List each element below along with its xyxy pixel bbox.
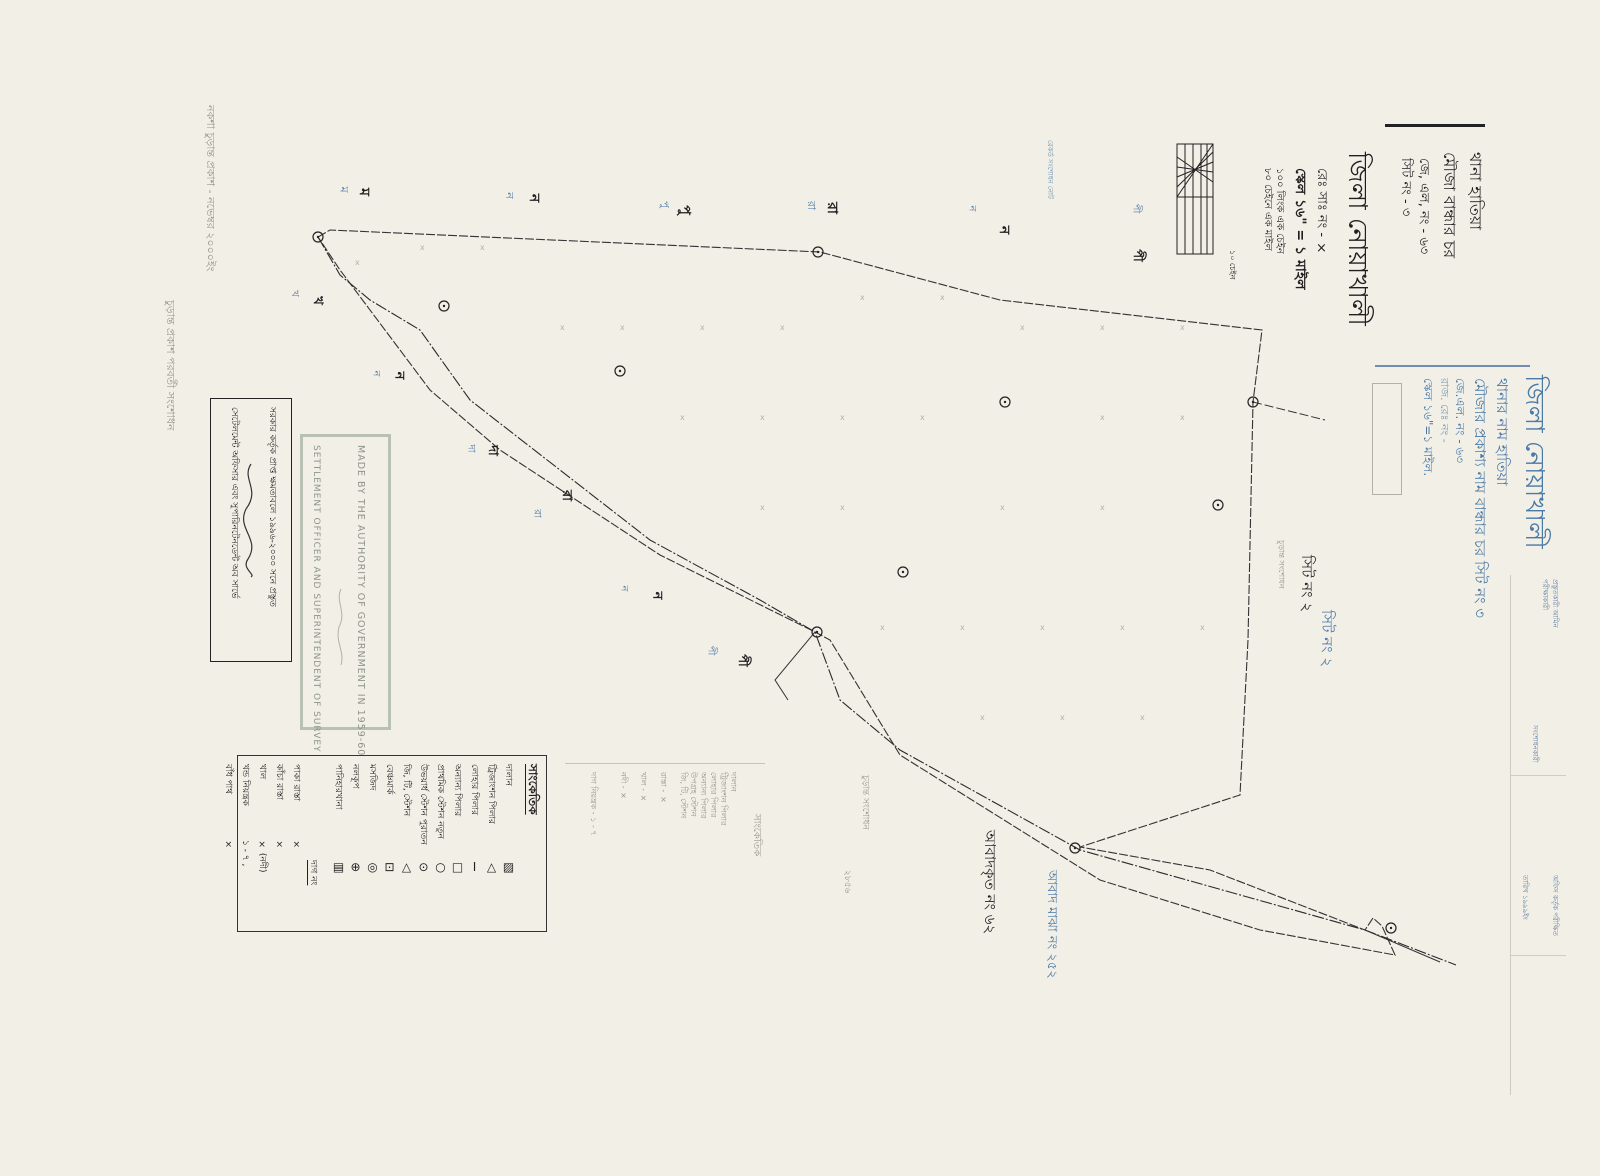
svg-text:x: x xyxy=(480,243,485,252)
map-letter-pi-2: পী xyxy=(731,654,752,667)
faded-legend-extra: রাস্তা - × xyxy=(657,772,670,804)
svg-text:x: x xyxy=(1100,503,1105,512)
svg-text:x: x xyxy=(760,413,765,422)
blue-stamp-jl-number: জে.এল. নং - ৬৩ xyxy=(1450,378,1470,463)
legend-box: সাংকেতিক দালান▨ ট্রিজাংশন পিলার△ লোহার প… xyxy=(237,755,547,932)
certification-strip: প্রস্তুতকারী আমিন পরীক্ষাকারী সংশোধনকারী… xyxy=(1510,575,1566,1095)
faded-legend-extra: নদী - × xyxy=(617,772,630,800)
svg-text:x: x xyxy=(840,503,845,512)
scale-note-2: ৮০ চেইনে এক মাইল xyxy=(1258,168,1275,251)
map-letter-ra-2: রা xyxy=(555,490,576,501)
svg-text:x: x xyxy=(860,293,865,302)
map-letter-na-blue: ন xyxy=(499,192,518,199)
svg-text:x: x xyxy=(780,323,785,332)
blue-stamp-scale: স্কেল ১৬"=১ মাইল. xyxy=(1418,378,1438,476)
pencil-note-sheet: চুড়ান্ত সংশোধন xyxy=(1275,540,1288,589)
legend-item: দালান▨ xyxy=(501,764,516,924)
svg-text:x: x xyxy=(560,323,565,332)
legend-item: পানিহারখানা▤ xyxy=(331,764,346,924)
map-letter-na-2-blue: ন xyxy=(962,206,979,212)
svg-text:x: x xyxy=(960,623,965,632)
map-letter-pi-2-blue: পী xyxy=(701,646,718,656)
svg-text:x: x xyxy=(880,623,885,632)
pencil-note-final-publication: নকশা চুড়ান্ত প্রকাশ - নভেম্বর ২০০০ইং xyxy=(200,105,219,271)
signature-icon xyxy=(236,459,266,579)
svg-text:x: x xyxy=(1140,713,1145,722)
survey-number: রেঃ সাঃ নং - × xyxy=(1310,168,1331,256)
sheet-label-black: সিট নং ২ xyxy=(1295,555,1320,612)
legend-sub-item: কাঁচা রাস্তা× xyxy=(272,764,287,924)
scale-text: স্কেল ১৬" = ১ মাইল xyxy=(1288,168,1312,290)
legend-item: অন্যান্য পিলার□ xyxy=(450,764,465,924)
map-letter-ma: ম xyxy=(352,188,376,196)
legend-sub-item: বাঁধ পাথ× xyxy=(221,764,236,924)
svg-text:x: x xyxy=(355,258,360,267)
legend-item: নলকূপ⊕ xyxy=(348,764,363,924)
svg-text:x: x xyxy=(1020,323,1025,332)
mouza-name: মৌজা বান্ধার চর xyxy=(1436,152,1463,258)
svg-text:x: x xyxy=(1200,623,1205,632)
svg-text:x: x xyxy=(980,713,985,722)
faded-legend: সাংকেতিক দালান ট্রিজাংশন পিলার লোহার পিল… xyxy=(565,763,765,934)
faded-legend-extra: খাল - × xyxy=(637,772,650,803)
map-letter-pu: পু xyxy=(673,205,697,215)
blue-correction-note: রেকর্ড সংশোধন নোট xyxy=(1045,140,1055,199)
legend-sub-item: পাকা রাস্তা× xyxy=(289,764,304,924)
pencil-note-post-publication: চুড়ান্ত প্রকাশ পরবর্তী সংশোধন xyxy=(160,300,179,431)
blue-stamp-mouza: মৌজার প্রকাশ্য নাম বান্ধার চর সিট নং ৩ xyxy=(1468,378,1493,618)
svg-text:x: x xyxy=(680,413,685,422)
legend-sub-item: খাল× (নদী) xyxy=(255,764,270,924)
map-letter-pi: পী xyxy=(1126,249,1147,262)
svg-text:x: x xyxy=(920,413,925,422)
svg-text:x: x xyxy=(1100,413,1105,422)
gov-stamp-line1: MADE BY THE AUTHORITY OF GOVERNMENT IN 1… xyxy=(355,445,366,756)
legend-item: প্রাথমিক স্টেশন নতুন○ xyxy=(433,764,448,924)
legend-item: ট্রিজাংশন পিলার△ xyxy=(484,764,499,924)
strip-column: তারিখ ১৯৯৯ইং xyxy=(1519,875,1531,920)
map-letter-kha-blue: খ xyxy=(285,290,302,297)
legend-item: মসজিদ◎ xyxy=(365,764,380,924)
thana-name: থানা হাতিয়া xyxy=(1462,152,1489,230)
svg-text:x: x xyxy=(840,413,845,422)
svg-text:x: x xyxy=(760,503,765,512)
svg-text:x: x xyxy=(940,293,945,302)
map-letter-da: দা xyxy=(481,445,502,456)
faded-legend-extra: দাগ নিয়ন্ত্রক - ১ - ৭ xyxy=(587,772,600,836)
legend-item: বেঞ্চমার্ক⊡ xyxy=(382,764,397,924)
gov-stamp-line2: SETTLEMENT OFFICER AND SUPERINTENDENT OF… xyxy=(311,445,321,753)
title-header-rule xyxy=(1385,124,1485,137)
map-letter-pu-blue: পু xyxy=(655,201,672,208)
strip-column: পরীক্ষাকারী xyxy=(1539,579,1551,610)
jl-number: জে, এল, নং - ৬৩ xyxy=(1412,158,1433,254)
map-letter-na-2: ন xyxy=(992,226,1016,234)
svg-text:x: x xyxy=(620,323,625,332)
svg-text:x: x xyxy=(1180,323,1185,332)
scale-bar-label: ১০ চেইন xyxy=(1226,250,1239,279)
svg-text:x: x xyxy=(1180,413,1185,422)
legend-item: উভয়ার্ধ স্টেশন পুরাতন⊙ xyxy=(416,764,431,924)
blue-stamp-scale-diagram xyxy=(1372,383,1402,495)
sheet-label-blue: সিট নং ২ xyxy=(1315,610,1340,667)
svg-text:x: x xyxy=(1060,713,1065,722)
map-letter-ra-2-blue: রা xyxy=(528,509,545,517)
blue-stamp-rule xyxy=(1375,365,1530,379)
pencil-note-mid: চুড়ান্ত সংশোধন xyxy=(858,775,873,830)
blue-stamp-thana: থানার নাম হাতিয়া xyxy=(1490,378,1515,486)
map-letter-na-3: ন xyxy=(387,372,408,380)
legend-sub-item: খন্ড নিয়ন্ত্রক১ - ৭ , xyxy=(238,764,253,924)
sheet-join-line xyxy=(1253,402,1325,420)
strip-column: সংশোধনকারী xyxy=(1529,725,1541,763)
map-letter-ra-blue: রা xyxy=(801,201,820,210)
svg-text:x: x xyxy=(1040,623,1045,632)
svg-text:x: x xyxy=(700,323,705,332)
map-letter-na: ন xyxy=(522,194,546,202)
svg-text:x: x xyxy=(420,243,425,252)
map-sheet: xxx xxxx xxxxx xxxxxx xxxx xxxxx xxx ম ম… xyxy=(0,0,1600,1176)
government-authority-stamp: MADE BY THE AUTHORITY OF GOVERNMENT IN 1… xyxy=(300,434,391,730)
authority-stamp: সরকার কর্তৃক প্রাপ্ত ক্ষমতাবলে ১৯৯৬-২০০০… xyxy=(210,398,292,662)
faint-grid-marks: xxx xxxx xxxxx xxxxxx xxxx xxxxx xxx xyxy=(355,243,1205,722)
svg-text:x: x xyxy=(1100,323,1105,332)
map-letter-na-3-blue: ন xyxy=(366,371,383,377)
boundary-tail-line xyxy=(1365,930,1440,962)
pencil-note-code: ২৮৫৬ xyxy=(840,870,855,893)
svg-text:x: x xyxy=(1000,503,1005,512)
map-letter-pi-blue: পী xyxy=(1126,204,1143,214)
scale-diagram: ১০ চেইন xyxy=(1172,142,1252,287)
map-letter-da-blue: দা xyxy=(462,444,479,452)
adjacent-mouza-label: আবাদকৃত নং ৬২ xyxy=(978,830,1003,934)
boundary-spur-line xyxy=(775,632,815,700)
legend-title: সাংকেতিক xyxy=(523,764,543,815)
map-letter-na-4: ন xyxy=(645,592,666,600)
district-title: জিলা নোয়াখালী xyxy=(1335,152,1379,326)
gov-signature-icon xyxy=(331,587,351,667)
adjacent-mouza-label-blue: আবাদ মাঝা নং ২৫২ xyxy=(1040,870,1061,979)
map-letter-ra: রা xyxy=(820,202,844,214)
faded-legend-title: সাংকেতিক xyxy=(747,814,764,856)
authority-stamp-line1: সরকার কর্তৃক প্রাপ্ত ক্ষমতাবলে ১৯৯৬-২০০০… xyxy=(265,407,280,607)
map-letter-ma-blue: ম xyxy=(334,186,353,192)
svg-text:x: x xyxy=(1120,623,1125,632)
legend-items: দালান▨ ট্রিজাংশন পিলার△ লোহার পিলারI অন্… xyxy=(246,764,516,924)
blue-stamp-district: জিলা নোয়াখালী xyxy=(1512,375,1556,549)
legend-item: জি, টি, স্টেশন△ xyxy=(399,764,414,924)
map-letter-na-4-blue: ন xyxy=(614,586,631,592)
faded-legend-item: জি, টি, স্টেশন xyxy=(677,772,690,818)
legend-item: লোহার পিলারI xyxy=(467,764,482,924)
map-letter-kha: খ xyxy=(306,296,327,305)
legend-subtitle: দাগ নং xyxy=(306,764,321,924)
strip-column: অফিস কর্তৃক পরীক্ষিত xyxy=(1549,875,1561,936)
